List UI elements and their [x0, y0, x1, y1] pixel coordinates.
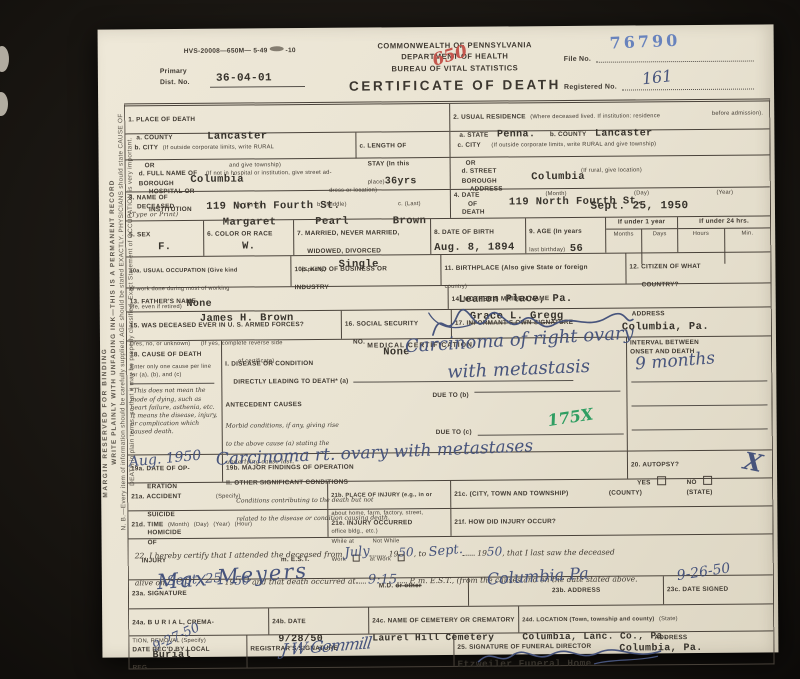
field-1-place-of-death: 1. PLACE OF DEATH a. COUNTY Lancaster b.… [125, 104, 451, 192]
field-21d-hour: (Hour) [235, 521, 253, 527]
value-race: W. [207, 240, 290, 253]
certify-p4: 19 [477, 549, 487, 558]
registrar-signature: J W Gemmill [280, 633, 372, 659]
field-21d-label1: 21d. TIME [131, 521, 163, 528]
field-21f-label: 21f. HOW DID INJURY OCCUR? [454, 518, 556, 526]
field-2-note2: before admission). [712, 110, 763, 118]
field-3-t3: (Type or Print) [129, 211, 178, 218]
field-9-label1: 9. AGE (In years [529, 228, 582, 235]
interval-line1 [631, 380, 767, 382]
field-21d-time-of-injury: 21d. TIME (Month) (Day) (Year) (Hour) OF… [128, 510, 328, 539]
field-16-label1: 16. SOCIAL SECURITY [345, 320, 419, 328]
value-date-of-death: Sept. 25, 1950 [512, 199, 767, 213]
field-3-title: 3. NAME OF DECEASED (Type or Print) [129, 194, 207, 219]
field-21c-county: (COUNTY) [609, 489, 642, 496]
md-label: M.D. [379, 582, 394, 589]
field-3-t1: 3. NAME OF [129, 194, 168, 201]
under-24-label: If under 24 hrs. [678, 216, 770, 228]
field-4-title: 4. DATE OF DEATH [454, 191, 512, 215]
field-24c-cemetery: 24c. NAME OF CEMETERY OR CREMATORY Laure… [369, 606, 519, 633]
field-21c-city-county-state: 21c. (CITY, TOWN AND TOWNSHIP) (COUNTY) … [451, 478, 772, 508]
field-1-title: 1. PLACE OF DEATH [128, 116, 195, 124]
under-1-year-label: If under 1 year [606, 217, 677, 229]
primary-label: Primary [160, 68, 187, 75]
row-place-residence: 1. PLACE OF DEATH a. COUNTY Lancaster b.… [125, 101, 770, 191]
field-21a-specify: (Specify) [216, 494, 241, 500]
hand-to-month: Sept. [427, 536, 464, 566]
field-4-value-area: (Month) (Day) (Year) Sept. 25, 1950 [512, 189, 767, 215]
field-2d-label1: d. STREET [462, 168, 497, 175]
field-12-label1: 12. CITIZEN OF WHAT [629, 263, 700, 271]
field-4-t3: DEATH [462, 209, 485, 216]
edge-stamp-bottom [0, 92, 8, 116]
field-8-label: 8. DATE OF BIRTH [434, 229, 494, 236]
field-24d-location: 24d. LOCATION (Town, township and county… [519, 604, 773, 632]
field-5-sex: 5. SEX F. [126, 221, 204, 257]
field-21d-month: (Month) [168, 522, 189, 528]
disease-label2: DIRECTLY LEADING TO DEATH* (a) [233, 378, 348, 386]
field-1b-label: b. CITY [134, 144, 158, 151]
field-registrar-signature: REGISTRAR'S SIGNATURE J W Gemmill [247, 634, 454, 668]
hand-from-month: July [344, 538, 371, 567]
field-21b-label1: 21b. PLACE OF INJURY (e.g., in or [331, 492, 432, 499]
field-23b-label: 23b. ADDRESS [552, 587, 601, 594]
certify-p1: 22. I hereby certify that I attended the… [135, 550, 343, 561]
field-21d-day: (Day) [194, 522, 209, 528]
field-21a-label1: 21a. ACCIDENT [131, 493, 181, 500]
document-title: CERTIFICATE OF DEATH [326, 77, 584, 94]
field-1a-county: 1. PLACE OF DEATH a. COUNTY Lancaster [125, 104, 449, 135]
field-4-date-of-death: 4. DATE OF DEATH (Month) (Day) (Year) Se… [451, 187, 770, 218]
field-3-middle-label: b. (Middle) [317, 202, 347, 208]
certificate-form: 1. PLACE OF DEATH a. COUNTY Lancaster b.… [124, 98, 774, 669]
field-1d-hospital: d. FULL NAME OF (If not in hospital or i… [126, 158, 450, 192]
dist-no-label: Dist. No. [160, 79, 190, 86]
morbid-line1: Morbid conditions, if any, giving rise [226, 422, 339, 430]
field-3-t2: DECEASED [137, 203, 175, 210]
interval-line2 [632, 404, 768, 406]
field-2ab: 2. USUAL RESIDENCE (Where deceased lived… [450, 101, 769, 132]
field-24d-state: (State) [659, 616, 678, 622]
field-1b-city-borough: b. CITY (If outside corporate limits, wr… [125, 133, 356, 161]
field-9-under-24-hrs: If under 24 hrs. Hours Min. [678, 216, 770, 252]
due-to-c-label: DUE TO (c) [436, 429, 472, 438]
primary-dist-label: Primary Dist. No. [160, 67, 190, 89]
field-3-last: c. (Last) Brown [372, 192, 447, 217]
file-no-line [596, 61, 754, 63]
margin-note-binding: MARGIN RESERVED FOR BINDING [101, 348, 109, 498]
row-occupation: 10a. USUAL OCCUPATION (Give kind of work… [126, 251, 770, 287]
field-24b-date: 24b. DATE 9/28/50 [269, 608, 369, 635]
field-5-label: 5. SEX [129, 231, 150, 238]
field-21e-label: 21e. INJURY OCCURRED [331, 519, 412, 527]
field-18-title: 18. CAUSE OF DEATH [130, 351, 202, 359]
field-21a-accident: 21a. ACCIDENT (Specify) SUICIDE HOMICIDE [128, 482, 328, 511]
field-9-under-1-year: If under 1 year Months Days [606, 217, 678, 253]
or-other-label: or other [395, 582, 421, 589]
primary-dist-value: 36-04-01 [216, 72, 272, 84]
field-4-month-label: (Month) [545, 191, 566, 199]
row-sex-age: 5. SEX F. 6. COLOR OR RACE W. 7. MARRIED… [126, 215, 770, 256]
field-2-note1: (Where deceased lived. If institution: r… [530, 113, 660, 120]
registered-no-value: 161 [641, 66, 673, 88]
field-8-date-of-birth: 8. DATE OF BIRTH Aug. 8, 1894 [431, 218, 526, 254]
death-certificate: MARGIN RESERVED FOR BINDING WRITE PLAINL… [98, 24, 779, 657]
field-18-note2: *This does not mean the mode of dying, s… [130, 387, 218, 437]
form-number: HVS-20008—650M— 5-49-10 [184, 46, 296, 57]
due-to-b-line [474, 391, 620, 393]
field-3-last-label: c. (Last) [398, 201, 421, 207]
field-6-label: 6. COLOR OR RACE [207, 230, 272, 238]
field-21c-state: (STATE) [687, 489, 713, 496]
field-11-label1: 11. BIRTHPLACE (Also give State or forei… [444, 264, 587, 272]
field-24b-label: 24b. DATE [272, 618, 306, 625]
row-registrar: DATE REC'D BY LOCAL REG. 9-27-50 REGISTR… [129, 630, 773, 668]
field-6-color-or-race: 6. COLOR OR RACE W. [204, 220, 294, 256]
value-sex: F. [129, 241, 200, 254]
field-1c-label1: c. LENGTH OF [359, 142, 406, 149]
field-2-usual-residence: 2. USUAL RESIDENCE (Where deceased lived… [450, 101, 770, 189]
field-3-middle: b. (Middle) Pearl [292, 193, 372, 218]
antecedent-label: ANTECEDENT CAUSES [225, 401, 301, 409]
field-4-year-label: (Year) [716, 190, 733, 198]
funeral-address-label: ADDRESS [654, 634, 687, 643]
value-date-of-birth: Aug. 8, 1894 [434, 241, 522, 254]
field-20-label: 20. AUTOPSY? [631, 461, 679, 468]
field-21b-place-of-injury: 21b. PLACE OF INJURY (e.g., in or about … [328, 481, 451, 509]
field-12-citizen: 12. CITIZEN OF WHAT COUNTRY? [626, 252, 770, 283]
field-1bc: b. CITY (If outside corporate limits, wr… [125, 132, 449, 161]
field-11-birthplace: 11. BIRTHPLACE (Also give State or forei… [441, 254, 626, 285]
field-24c-label: 24c. NAME OF CEMETERY OR CREMATORY [372, 616, 515, 624]
ornament-icon [269, 46, 283, 51]
hand-to-year: 50 [487, 540, 502, 565]
field-1c-length-of-stay: c. LENGTH OF STAY (In this place)36yrs [356, 132, 449, 159]
field-7-label1: 7. MARRIED, NEVER MARRIED, [297, 229, 399, 237]
field-10b-industry: 10b. KIND OF BUSINESS OR INDUSTRY [291, 255, 441, 286]
field-21e-injury-occurred: 21e. INJURY OCCURRED While at Not While … [328, 509, 451, 537]
field-7-marital-status: 7. MARRIED, NEVER MARRIED, WIDOWED, DIVO… [294, 219, 431, 255]
blank2 [463, 555, 475, 556]
field-21f-how-injury: 21f. HOW DID INJURY OCCUR? [451, 506, 772, 536]
field-3-name-of-deceased: 3. NAME OF DECEASED (Type or Print) a. (… [126, 190, 451, 221]
field-15-armed-forces: 15. WAS DECEASED EVER IN U. S. ARMED FOR… [127, 311, 342, 341]
funeral-director-signature [474, 644, 664, 667]
file-no-label: File No. [564, 55, 591, 65]
field-10a-label1: 10a. USUAL OCCUPATION (Give kind [129, 268, 237, 275]
field-23c-label: 23c. DATE SIGNED [667, 586, 728, 593]
field-3-first: a. (First) Margaret [207, 193, 292, 218]
certify-p5: , that I last saw the deceased [502, 548, 615, 558]
field-24a-label1: 24a. B U R I A L, CREMA- [132, 619, 214, 627]
field-2d-note: (If rural, give location) [581, 167, 642, 173]
field-3-first-label: a. (First) [238, 202, 262, 208]
field-4-day-label: (Day) [634, 190, 649, 198]
field-1d-note1: (If not in hospital or institution, give… [206, 170, 332, 177]
field-18-cause-notes: 18. CAUSE OF DEATH Enter only one cause … [127, 341, 223, 455]
field-13-label: 13. FATHER'S NAME [130, 298, 196, 306]
field-2c-label1: c. CITY [457, 142, 480, 149]
field-21c-label1: 21c. (CITY, TOWN AND TOWNSHIP) [454, 490, 568, 498]
photo-background: MARGIN RESERVED FOR BINDING WRITE PLAINL… [0, 0, 800, 679]
margin-note-permanent-record: WRITE PLAINLY WITH UNFADING INK—THIS IS … [109, 180, 118, 465]
registered-no-label: Registered No. [564, 83, 617, 93]
dist-no-line [210, 86, 305, 88]
md-or-other: M.D. or other [379, 582, 422, 591]
field-4-col-headers: (Month) (Day) (Year) [512, 189, 767, 199]
form-number-suffix: -10 [286, 47, 296, 54]
field-10a-occupation: 10a. USUAL OCCUPATION (Give kind of work… [126, 256, 291, 287]
certify-p3: , to [414, 549, 427, 558]
field-2c-city-borough: c. CITY (If outside corporate limits, wr… [450, 129, 769, 158]
field-9-age: 9. AGE (In years last birthday) 56 [526, 218, 606, 254]
blank1 [370, 555, 384, 556]
field-13-father: 13. FATHER'S NAME James H. Brown [127, 286, 449, 312]
edge-stamp-top [0, 46, 9, 72]
field-4-t2: OF [468, 200, 477, 207]
form-number-text: HVS-20008—650M— 5-49 [184, 47, 268, 55]
field-1d-label1: d. FULL NAME OF [139, 170, 198, 177]
field-10b-label1: 10b. KIND OF BUSINESS OR [294, 265, 387, 273]
field-1b-note1: (If outside corporate limits, write RURA… [163, 144, 274, 151]
disease-label1: I. DISEASE OR CONDITION [225, 360, 313, 368]
certify-p2: 19 [389, 549, 399, 558]
due-to-b-label: DUE TO (b) [432, 392, 469, 401]
due-to-c-line [478, 434, 624, 436]
hand-from-year: 50 [398, 540, 413, 565]
field-4-t1: 4. DATE [454, 192, 480, 199]
field-18-note1: Enter only one cause per line for (a), (… [130, 364, 218, 380]
field-2-title: 2. USUAL RESIDENCE [453, 113, 526, 121]
interval-line3 [632, 428, 768, 430]
registered-no-line [622, 89, 754, 91]
file-no-stamp: 76790 [609, 31, 680, 53]
field-date-received: DATE REC'D BY LOCAL REG. 9-27-50 [129, 636, 247, 669]
date-received-label2: REG. [133, 664, 150, 671]
field-25-funeral-director: 25. SIGNATURE OF FUNERAL DIRECTOR ADDRES… [454, 631, 773, 666]
field-24d-label1: 24d. LOCATION (Town, township and county… [522, 616, 654, 623]
field-21d-year: (Year) [213, 522, 230, 528]
field-2c-note: (If outside corporate limits, write RURA… [491, 141, 656, 148]
field-15-label: 15. WAS DECEASED EVER IN U. S. ARMED FOR… [130, 321, 304, 329]
field-2d-street: d. STREET (If rural, give location) ADDR… [451, 155, 770, 189]
